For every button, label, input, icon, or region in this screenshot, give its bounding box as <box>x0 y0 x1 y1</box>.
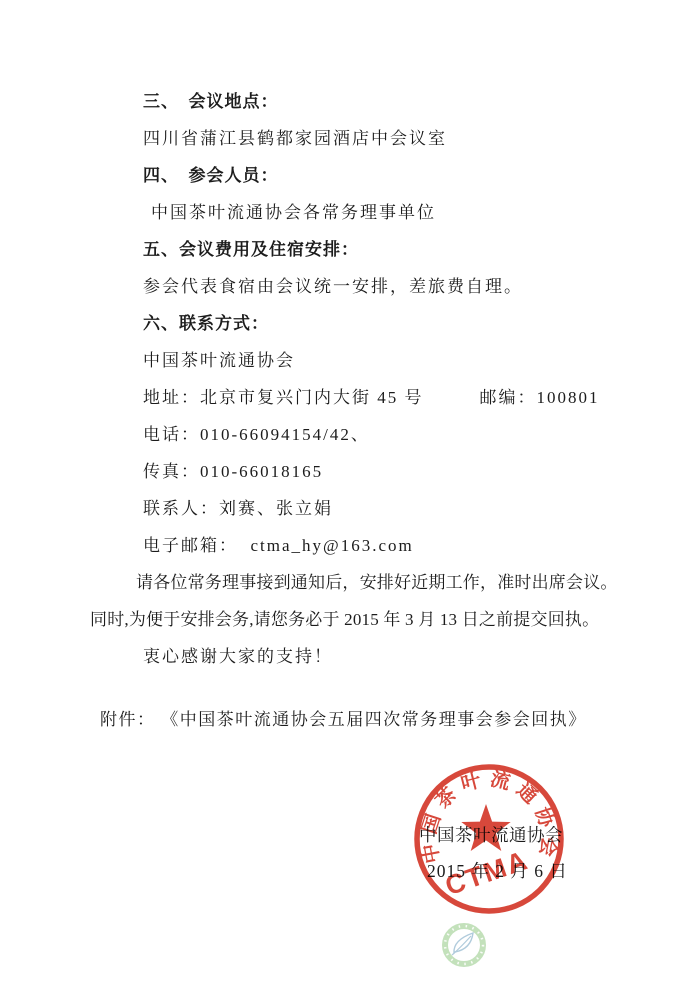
heading-participants: 四、 参会人员： <box>90 157 612 194</box>
notice-paragraph-line2: 同时,为便于安排会务,请您务必于 2015 年 3 月 13 日之前提交回执。 <box>90 601 612 638</box>
official-seal-stamp: 中国茶叶流通协会 CTMA <box>411 761 567 917</box>
stamp-ctma-text: CTMA <box>441 845 532 901</box>
fax-line: 传真：010-66018165 <box>90 453 612 490</box>
participants-text: 中国茶叶流通协会各常务理事单位 <box>90 194 612 231</box>
heading-fees: 五、会议费用及住宿安排： <box>90 231 612 268</box>
phone-line: 电话：010-66094154/42、 <box>90 416 612 453</box>
fees-text: 参会代表食宿由会议统一安排，差旅费自理。 <box>90 268 612 305</box>
document-page: 三、 会议地点： 四川省蒲江县鹤都家园酒店中会议室 四、 参会人员： 中国茶叶流… <box>0 0 698 988</box>
heading-location: 三、 会议地点： <box>90 83 612 120</box>
location-text: 四川省蒲江县鹤都家园酒店中会议室 <box>90 120 612 157</box>
section-gap <box>90 675 612 701</box>
leaf-watermark-icon <box>440 921 488 969</box>
attachment-line: 附件： 《中国茶叶流通协会五届四次常务理事会参会回执》 <box>90 701 612 738</box>
thanks-line: 衷心感谢大家的支持！ <box>90 638 612 675</box>
org-name: 中国茶叶流通协会 <box>90 342 612 379</box>
heading-contact: 六、联系方式： <box>90 305 612 342</box>
star-icon <box>461 804 510 851</box>
address-text: 地址：北京市复兴门内大街 45 号 <box>143 388 424 407</box>
contacts-line: 联系人：刘赛、张立娟 <box>90 490 612 527</box>
document-body: 三、 会议地点： 四川省蒲江县鹤都家园酒店中会议室 四、 参会人员： 中国茶叶流… <box>90 83 612 738</box>
notice-paragraph-line1: 请各位常务理事接到通知后，安排好近期工作，准时出席会议。 <box>90 564 612 601</box>
email-line: 电子邮箱： ctma_hy@163.com <box>90 527 612 564</box>
postcode-text: 邮编：100801 <box>480 388 600 407</box>
address-line: 地址：北京市复兴门内大街 45 号邮编：100801 <box>90 379 612 416</box>
